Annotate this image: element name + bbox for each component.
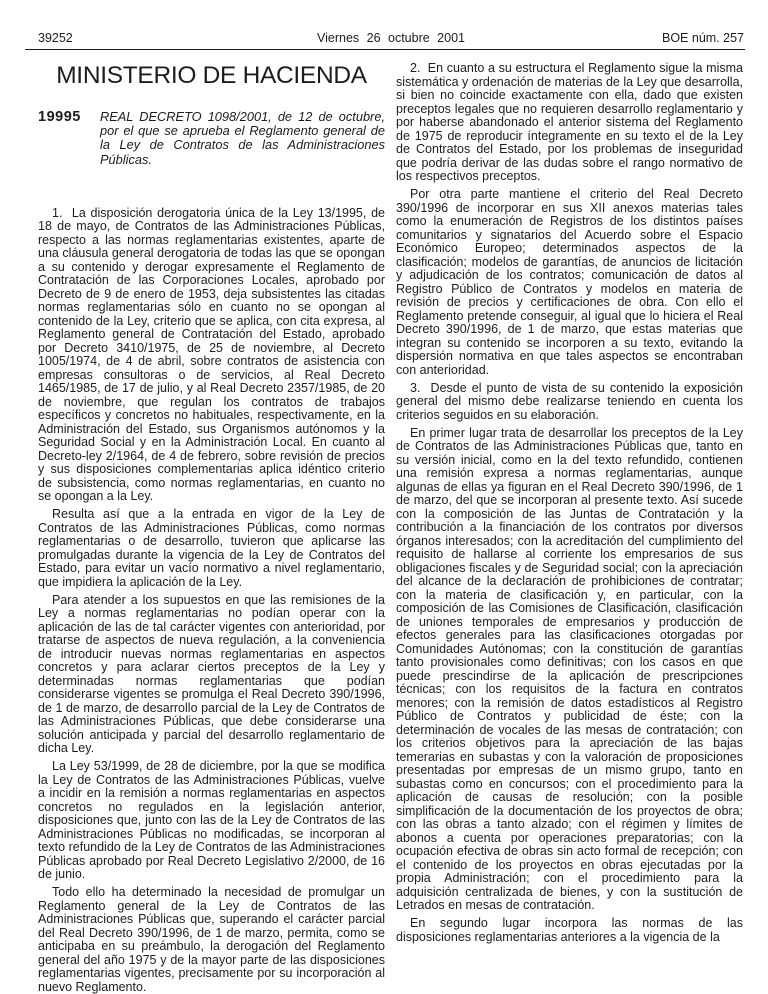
header-issue: BOE núm. 257 [544,32,745,45]
boe-gazette-page: 39252 Viernes 26 octubre 2001 BOE núm. 2… [0,0,768,994]
ministry-title: MINISTERIO DE HACIENDA [38,63,385,89]
paragraph: 3. Desde el punto de vista de su conteni… [396,382,743,423]
paragraph: En segundo lugar incorpora las normas de… [396,917,743,944]
page-header: 39252 Viernes 26 octubre 2001 BOE núm. 2… [25,32,745,50]
paragraph: 1. La disposición derogatoria única de l… [38,207,385,504]
item-number: 19995 [38,110,100,167]
paragraph: 2. En cuanto a su estructura el Reglamen… [396,62,743,184]
paragraph: La Ley 53/1999, de 28 de diciembre, por … [38,760,385,882]
page-number: 39252 [25,32,238,45]
paragraph: Por otra parte mantiene el criterio del … [396,188,743,377]
paragraph: Para atender a los supuestos en que las … [38,594,385,756]
paragraph: En primer lugar trata de desarrollar los… [396,427,743,913]
paragraph: Todo ello ha determinado la necesidad de… [38,886,385,994]
right-column: 2. En cuanto a su estructura el Reglamen… [396,62,743,944]
decree-title: REAL DECRETO 1098/2001, de 12 de octubre… [100,110,385,167]
left-column: MINISTERIO DE HACIENDA 19995 REAL DECRET… [38,62,385,994]
paragraph: Resulta así que a la entrada en vigor de… [38,508,385,589]
decree-heading: 19995 REAL DECRETO 1098/2001, de 12 de o… [38,110,385,167]
two-column-body: MINISTERIO DE HACIENDA 19995 REAL DECRET… [38,62,744,994]
header-date: Viernes 26 octubre 2001 [238,32,544,45]
